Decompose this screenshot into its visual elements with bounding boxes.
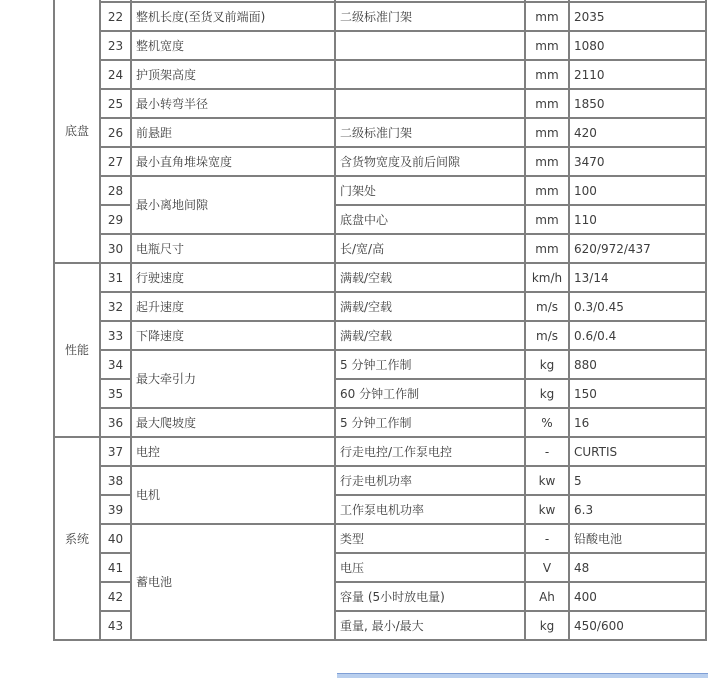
table-row: 32 起升速度 满载/空载 m/s 0.3/0.45: [54, 292, 706, 321]
unit-cell: m/s: [525, 292, 569, 321]
unit-cell: m/s: [525, 321, 569, 350]
param-cell: 整机宽度: [131, 31, 335, 60]
unit-cell: Ah: [525, 582, 569, 611]
desc-cell: [335, 89, 525, 118]
row-number-cell: 37: [100, 437, 131, 466]
value-cell: 16: [569, 408, 706, 437]
desc-cell: 行走电控/工作泵电控: [335, 437, 525, 466]
param-cell: 护顶架高度: [131, 60, 335, 89]
table-row: 26 前悬距 二级标准门架 mm 420: [54, 118, 706, 147]
unit-cell: mm: [525, 205, 569, 234]
unit-cell: mm: [525, 2, 569, 31]
table-row: 22 整机长度(至货叉前端面) 二级标准门架 mm 2035: [54, 2, 706, 31]
row-number-cell: 27: [100, 147, 131, 176]
unit-cell: mm: [525, 176, 569, 205]
table-row: 25 最小转弯半径 mm 1850: [54, 89, 706, 118]
param-cell: 电机: [131, 466, 335, 524]
value-cell: 5: [569, 466, 706, 495]
row-number-cell: 24: [100, 60, 131, 89]
value-cell: 0.3/0.45: [569, 292, 706, 321]
desc-cell: 工作泵电机功率: [335, 495, 525, 524]
row-number-cell: 23: [100, 31, 131, 60]
row-number-cell: 29: [100, 205, 131, 234]
row-number-cell: 43: [100, 611, 131, 640]
row-number-cell: 38: [100, 466, 131, 495]
value-cell: 400: [569, 582, 706, 611]
value-cell: CURTIS: [569, 437, 706, 466]
row-number-cell: 34: [100, 350, 131, 379]
row-number-cell: 36: [100, 408, 131, 437]
table-row: 性能 31 行驶速度 满载/空载 km/h 13/14: [54, 263, 706, 292]
unit-cell: mm: [525, 118, 569, 147]
row-number-cell: 32: [100, 292, 131, 321]
table-row: 36 最大爬坡度 5 分钟工作制 % 16: [54, 408, 706, 437]
param-cell: 下降速度: [131, 321, 335, 350]
value-cell: 1850: [569, 89, 706, 118]
category-cell-system: 系统: [54, 437, 100, 640]
desc-cell: 类型: [335, 524, 525, 553]
table-row: 33 下降速度 满载/空载 m/s 0.6/0.4: [54, 321, 706, 350]
desc-cell: 二级标准门架: [335, 118, 525, 147]
row-number-cell: 40: [100, 524, 131, 553]
unit-cell: mm: [525, 147, 569, 176]
row-number-cell: 42: [100, 582, 131, 611]
value-cell: 13/14: [569, 263, 706, 292]
param-cell: 蓄电池: [131, 524, 335, 640]
unit-cell: -: [525, 524, 569, 553]
desc-cell: [335, 31, 525, 60]
desc-cell: 底盘中心: [335, 205, 525, 234]
param-cell: 整机长度(至货叉前端面): [131, 2, 335, 31]
desc-cell: 满载/空载: [335, 321, 525, 350]
unit-cell: km/h: [525, 263, 569, 292]
desc-cell: 容量 (5小时放电量): [335, 582, 525, 611]
table-row: 24 护顶架高度 mm 2110: [54, 60, 706, 89]
row-number-cell: 28: [100, 176, 131, 205]
desc-cell: 二级标准门架: [335, 2, 525, 31]
value-cell: 100: [569, 176, 706, 205]
table-row: 23 整机宽度 mm 1080: [54, 31, 706, 60]
spec-table-wrap: 底盘 22 整机长度(至货叉前端面) 二级标准门架 mm 2035 23 整机宽…: [53, 0, 708, 678]
param-cell: 行驶速度: [131, 263, 335, 292]
desc-cell: 行走电机功率: [335, 466, 525, 495]
value-cell: 铅酸电池: [569, 524, 706, 553]
desc-cell: 门架处: [335, 176, 525, 205]
unit-cell: mm: [525, 31, 569, 60]
table-row: 系统 37 电控 行走电控/工作泵电控 - CURTIS: [54, 437, 706, 466]
table-row: 38 电机 行走电机功率 kw 5: [54, 466, 706, 495]
desc-cell: 5 分钟工作制: [335, 350, 525, 379]
desc-cell: 重量, 最小/最大: [335, 611, 525, 640]
row-number-cell: 35: [100, 379, 131, 408]
unit-cell: mm: [525, 234, 569, 263]
selection-highlight-strip: [337, 673, 708, 678]
param-cell: 最大牵引力: [131, 350, 335, 408]
value-cell: 150: [569, 379, 706, 408]
unit-cell: -: [525, 437, 569, 466]
param-cell: 前悬距: [131, 118, 335, 147]
row-number-cell: 39: [100, 495, 131, 524]
desc-cell: 60 分钟工作制: [335, 379, 525, 408]
value-cell: 0.6/0.4: [569, 321, 706, 350]
unit-cell: mm: [525, 60, 569, 89]
desc-cell: 长/宽/高: [335, 234, 525, 263]
table-row: 34 最大牵引力 5 分钟工作制 kg 880: [54, 350, 706, 379]
unit-cell: kw: [525, 466, 569, 495]
table-row: 28 最小离地间隙 门架处 mm 100: [54, 176, 706, 205]
value-cell: 2035: [569, 2, 706, 31]
param-cell: 起升速度: [131, 292, 335, 321]
value-cell: 420: [569, 118, 706, 147]
table-row: 27 最小直角堆垛宽度 含货物宽度及前后间隙 mm 3470: [54, 147, 706, 176]
desc-cell: 满载/空载: [335, 292, 525, 321]
unit-cell: kg: [525, 379, 569, 408]
category-cell-chassis: 底盘: [54, 0, 100, 263]
value-cell: 1080: [569, 31, 706, 60]
value-cell: 6.3: [569, 495, 706, 524]
param-cell: 电瓶尺寸: [131, 234, 335, 263]
unit-cell: kw: [525, 495, 569, 524]
value-cell: 48: [569, 553, 706, 582]
table-row: 40 蓄电池 类型 - 铅酸电池: [54, 524, 706, 553]
param-cell: 最小转弯半径: [131, 89, 335, 118]
row-number-cell: 31: [100, 263, 131, 292]
value-cell: 110: [569, 205, 706, 234]
param-cell: 最小离地间隙: [131, 176, 335, 234]
unit-cell: V: [525, 553, 569, 582]
value-cell: 3470: [569, 147, 706, 176]
table-row: 30 电瓶尺寸 长/宽/高 mm 620/972/437: [54, 234, 706, 263]
unit-cell: %: [525, 408, 569, 437]
value-cell: 450/600: [569, 611, 706, 640]
desc-cell: 满载/空载: [335, 263, 525, 292]
unit-cell: kg: [525, 350, 569, 379]
value-cell: 2110: [569, 60, 706, 89]
value-cell: 620/972/437: [569, 234, 706, 263]
desc-cell: 电压: [335, 553, 525, 582]
row-number-cell: 25: [100, 89, 131, 118]
unit-cell: mm: [525, 89, 569, 118]
param-cell: 电控: [131, 437, 335, 466]
row-number-cell: 30: [100, 234, 131, 263]
param-cell: 最大爬坡度: [131, 408, 335, 437]
row-number-cell: 22: [100, 2, 131, 31]
spec-table: 底盘 22 整机长度(至货叉前端面) 二级标准门架 mm 2035 23 整机宽…: [53, 0, 707, 641]
desc-cell: 5 分钟工作制: [335, 408, 525, 437]
row-number-cell: 41: [100, 553, 131, 582]
category-cell-performance: 性能: [54, 263, 100, 437]
value-cell: 880: [569, 350, 706, 379]
row-number-cell: 26: [100, 118, 131, 147]
unit-cell: kg: [525, 611, 569, 640]
desc-cell: 含货物宽度及前后间隙: [335, 147, 525, 176]
row-number-cell: 33: [100, 321, 131, 350]
desc-cell: [335, 60, 525, 89]
param-cell: 最小直角堆垛宽度: [131, 147, 335, 176]
